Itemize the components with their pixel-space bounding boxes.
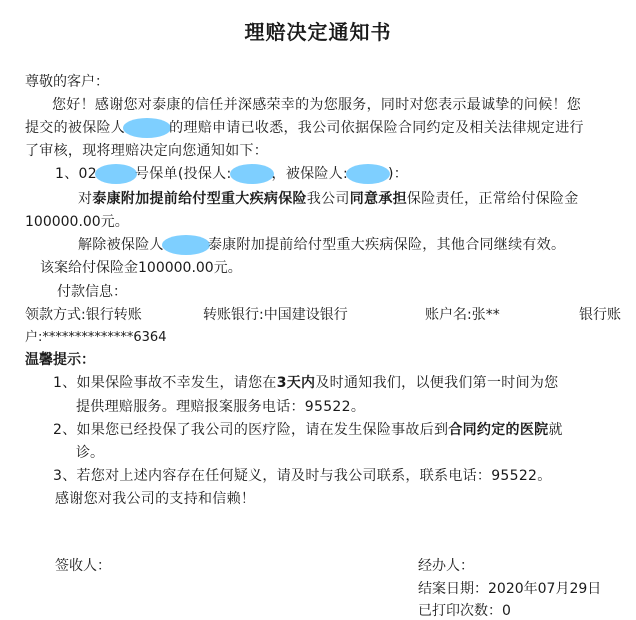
tip-text: 如果保险事故不幸发生，请您在 xyxy=(77,375,277,391)
salutation: 尊敬的客户： xyxy=(25,72,109,92)
redaction-mark xyxy=(95,164,137,184)
intro-line-2b: 的理赔申请已收悉，我公司依据保险合同约定及相关法律规定进行 xyxy=(169,120,584,136)
tip-number: 3、 xyxy=(53,468,77,484)
tip-text: 就 xyxy=(548,422,562,438)
tip-2-cont: 诊。 xyxy=(76,443,104,463)
thanks-line: 感谢您对我公司的支持和信赖！ xyxy=(55,489,255,509)
tip-emphasis: 合同约定的医院 xyxy=(448,422,548,438)
account-label: 银行账 xyxy=(579,305,621,325)
total-paid: 该案给付保险金100000.00元。 xyxy=(40,258,242,278)
payment-method: 领款方式:银行转账 xyxy=(25,305,142,325)
policy-holder-label: 号保单(投保人: xyxy=(135,166,232,182)
account-number: 户:**************6364 xyxy=(25,328,166,348)
tip-text: 若您对上述内容存在任何疑义，请及时与我公司联系，联系电话：95522。 xyxy=(77,468,552,484)
recipient-label: 签收人： xyxy=(55,556,111,576)
intro-line-3: 了审核，现将理赔决定向您通知如下： xyxy=(25,141,268,161)
policy-item-number: 1、02 xyxy=(55,166,97,182)
redaction-mark xyxy=(162,235,210,255)
redaction-mark xyxy=(346,164,390,184)
tip-text: 如果您已经投保了我公司的医疗险，请在发生保险事故后到 xyxy=(77,422,449,438)
payment-bank: 转账银行:中国建设银行 xyxy=(203,305,348,325)
print-count: 已打印次数：0 xyxy=(418,601,511,620)
tips-heading: 温馨提示： xyxy=(25,350,95,370)
decision-line: 对泰康附加提前给付型重大疾病保险我公司同意承担保险责任，正常给付保险金 xyxy=(78,189,579,209)
intro-line-2a: 提交的被保险人 xyxy=(25,120,125,136)
tip-emphasis: 3天内 xyxy=(277,375,316,391)
tip-3: 3、若您对上述内容存在任何疑义，请及时与我公司联系，联系电话：95522。 xyxy=(53,466,552,486)
termination-line: 解除被保险人泰康附加提前给付型重大疾病保险，其他合同继续有效。 xyxy=(78,235,565,255)
page-title: 理赔决定通知书 xyxy=(0,18,636,46)
intro-line-2: 提交的被保险人的理赔申请已收悉，我公司依据保险合同约定及相关法律规定进行 xyxy=(25,118,584,138)
policy-line: 1、02号保单(投保人:，被保险人:)： xyxy=(55,164,408,184)
intro-line-1: 您好！感谢您对泰康的信任并深感荣幸的为您服务，同时对您表示最诚挚的问候！您 xyxy=(52,95,581,115)
redaction-mark xyxy=(123,118,171,138)
product-name: 泰康附加提前给付型重大疾病保险 xyxy=(92,191,307,207)
handler-label: 经办人： xyxy=(418,556,474,576)
account-name: 账户名:张** xyxy=(425,305,500,325)
tip-1: 1、如果保险事故不幸发生，请您在3天内及时通知我们，以便我们第一时间为您 xyxy=(53,373,558,393)
decision-agree: 同意承担 xyxy=(350,191,407,207)
tip-1-cont: 提供理赔服务。理赔报案服务电话：95522。 xyxy=(76,397,365,417)
policy-close: )： xyxy=(388,166,408,182)
benefit-amount: 100000.00元。 xyxy=(25,212,129,232)
tip-2: 2、如果您已经投保了我公司的医疗险，请在发生保险事故后到合同约定的医院就 xyxy=(53,420,563,440)
insured-label: ，被保险人: xyxy=(272,166,349,182)
tip-number: 1、 xyxy=(53,375,77,391)
redaction-mark xyxy=(230,164,274,184)
termination-prefix: 解除被保险人 xyxy=(78,237,164,253)
tip-number: 2、 xyxy=(53,422,77,438)
payment-heading: 付款信息： xyxy=(57,282,127,302)
decision-prefix: 对 xyxy=(78,191,92,207)
close-date: 结案日期：2020年07月29日 xyxy=(418,579,601,599)
tip-text: 及时通知我们，以便我们第一时间为您 xyxy=(315,375,558,391)
decision-mid: 我公司 xyxy=(307,191,350,207)
decision-suffix: 保险责任，正常给付保险金 xyxy=(407,191,579,207)
termination-suffix: 泰康附加提前给付型重大疾病保险，其他合同继续有效。 xyxy=(208,237,566,253)
